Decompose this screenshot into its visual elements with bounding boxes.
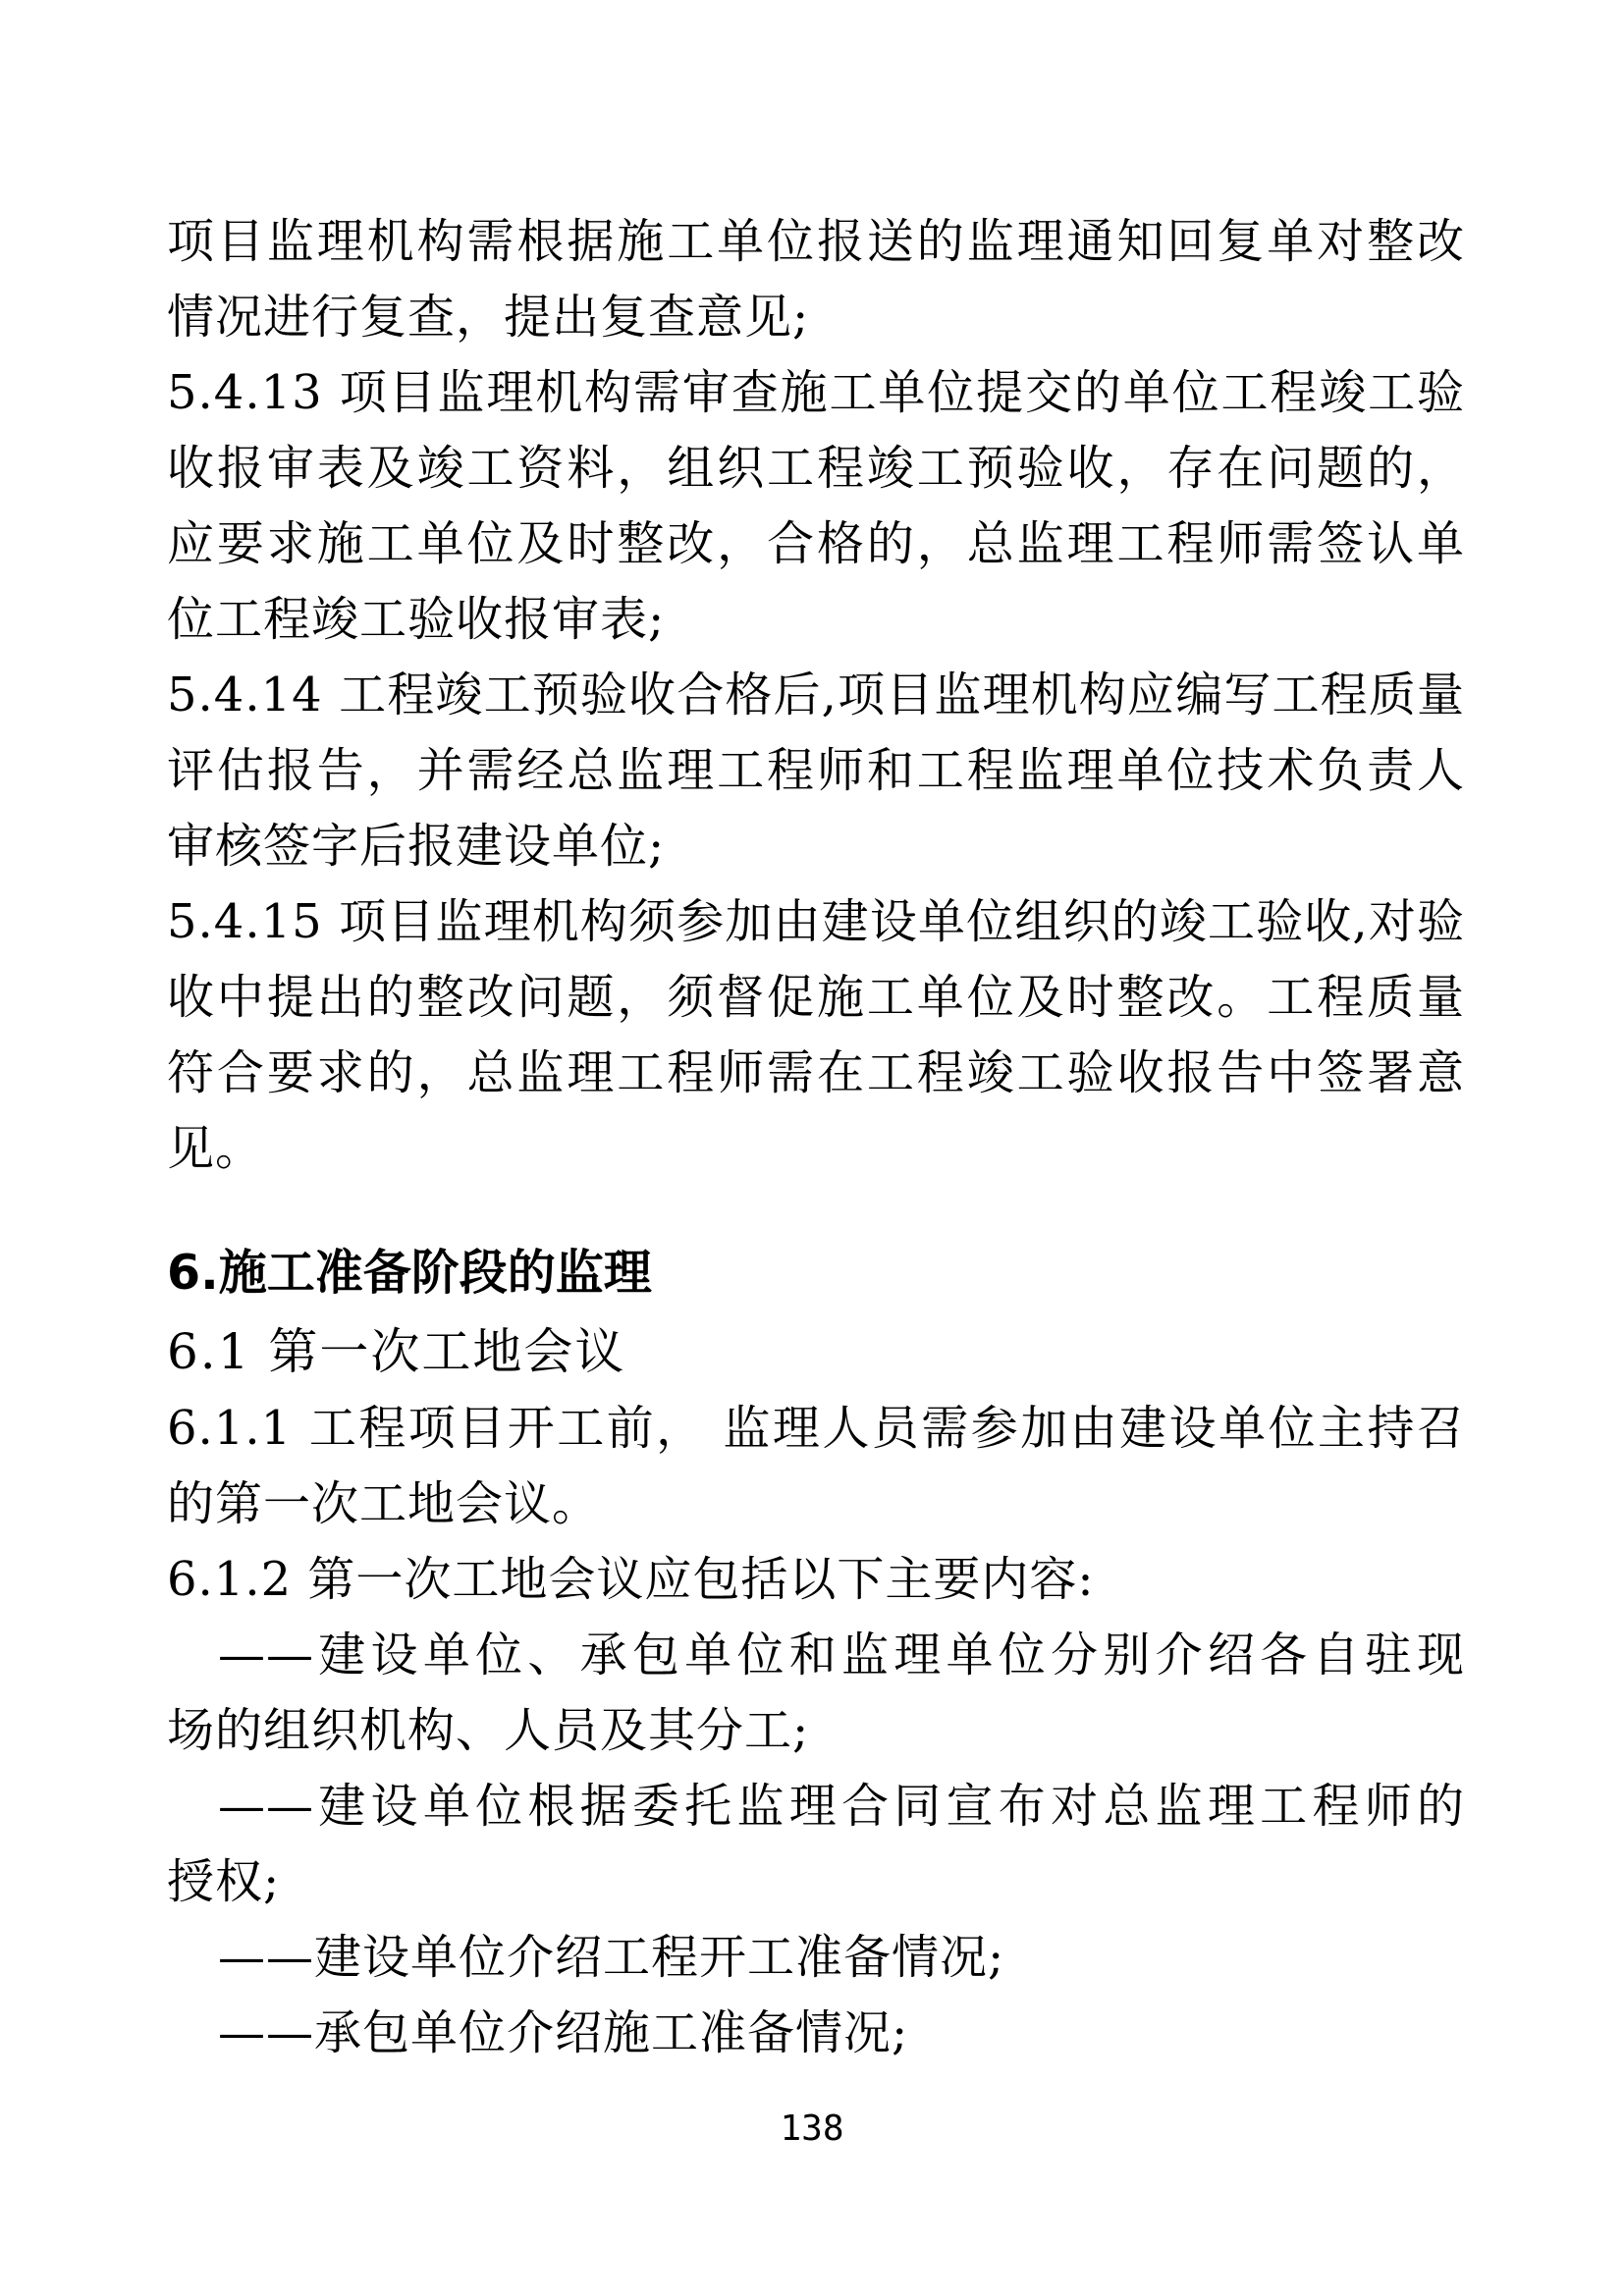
text-line: ——建设单位介绍工程开工准备情况;	[167, 1920, 1465, 1996]
text-line: 位工程竣工验收报审表;	[167, 582, 1465, 658]
text-line: 的第一次工地会议。	[167, 1467, 1465, 1542]
text-line: 授权;	[167, 1844, 1465, 1920]
text-line: 6.1.2 第一次工地会议应包括以下主要内容:	[167, 1542, 1465, 1618]
page-number: 138	[0, 2109, 1624, 2149]
text-line: 应要求施工单位及时整改，合格的，总监理工程师需签认单	[167, 507, 1465, 582]
text-line: 评估报告，并需经总监理工程师和工程监理单位技术负责人	[167, 733, 1465, 809]
text-line: ——建设单位、承包单位和监理单位分别介绍各自驻现	[167, 1618, 1465, 1693]
text-line: 5.4.13 项目监理机构需审查施工单位提交的单位工程竣工验	[167, 355, 1465, 431]
text-line: 5.4.14 工程竣工预验收合格后,项目监理机构应编写工程质量	[167, 658, 1465, 733]
section-heading: 6.1 第一次工地会议	[167, 1312, 1465, 1391]
text-line: ——建设单位根据委托监理合同宣布对总监理工程师的	[167, 1769, 1465, 1844]
text-line: 审核签字后报建设单位;	[167, 809, 1465, 884]
text-line: 项目监理机构需根据施工单位报送的监理通知回复单对整改	[167, 204, 1465, 280]
text-line: 6.1.1 工程项目开工前， 监理人员需参加由建设单位主持召开	[167, 1391, 1465, 1467]
text-line: 场的组织机构、人员及其分工;	[167, 1693, 1465, 1769]
document-lines: 项目监理机构需根据施工单位报送的监理通知回复单对整改情况进行复查，提出复查意见;…	[167, 204, 1465, 2071]
text-line: 5.4.15 项目监理机构须参加由建设单位组织的竣工验收,对验	[167, 884, 1465, 960]
text-line: 收中提出的整改问题，须督促施工单位及时整改。工程质量	[167, 960, 1465, 1036]
text-line: ——承包单位介绍施工准备情况;	[167, 1996, 1465, 2071]
document-page: 项目监理机构需根据施工单位报送的监理通知回复单对整改情况进行复查，提出复查意见;…	[0, 0, 1624, 2296]
text-line: 收报审表及竣工资料，组织工程竣工预验收，存在问题的，	[167, 431, 1465, 507]
text-line: 见。	[167, 1111, 1465, 1187]
section-heading: 6.施工准备阶段的监理	[167, 1234, 1465, 1312]
text-line: 情况进行复查，提出复查意见;	[167, 280, 1465, 355]
text-line: 符合要求的，总监理工程师需在工程竣工验收报告中签署意	[167, 1036, 1465, 1111]
